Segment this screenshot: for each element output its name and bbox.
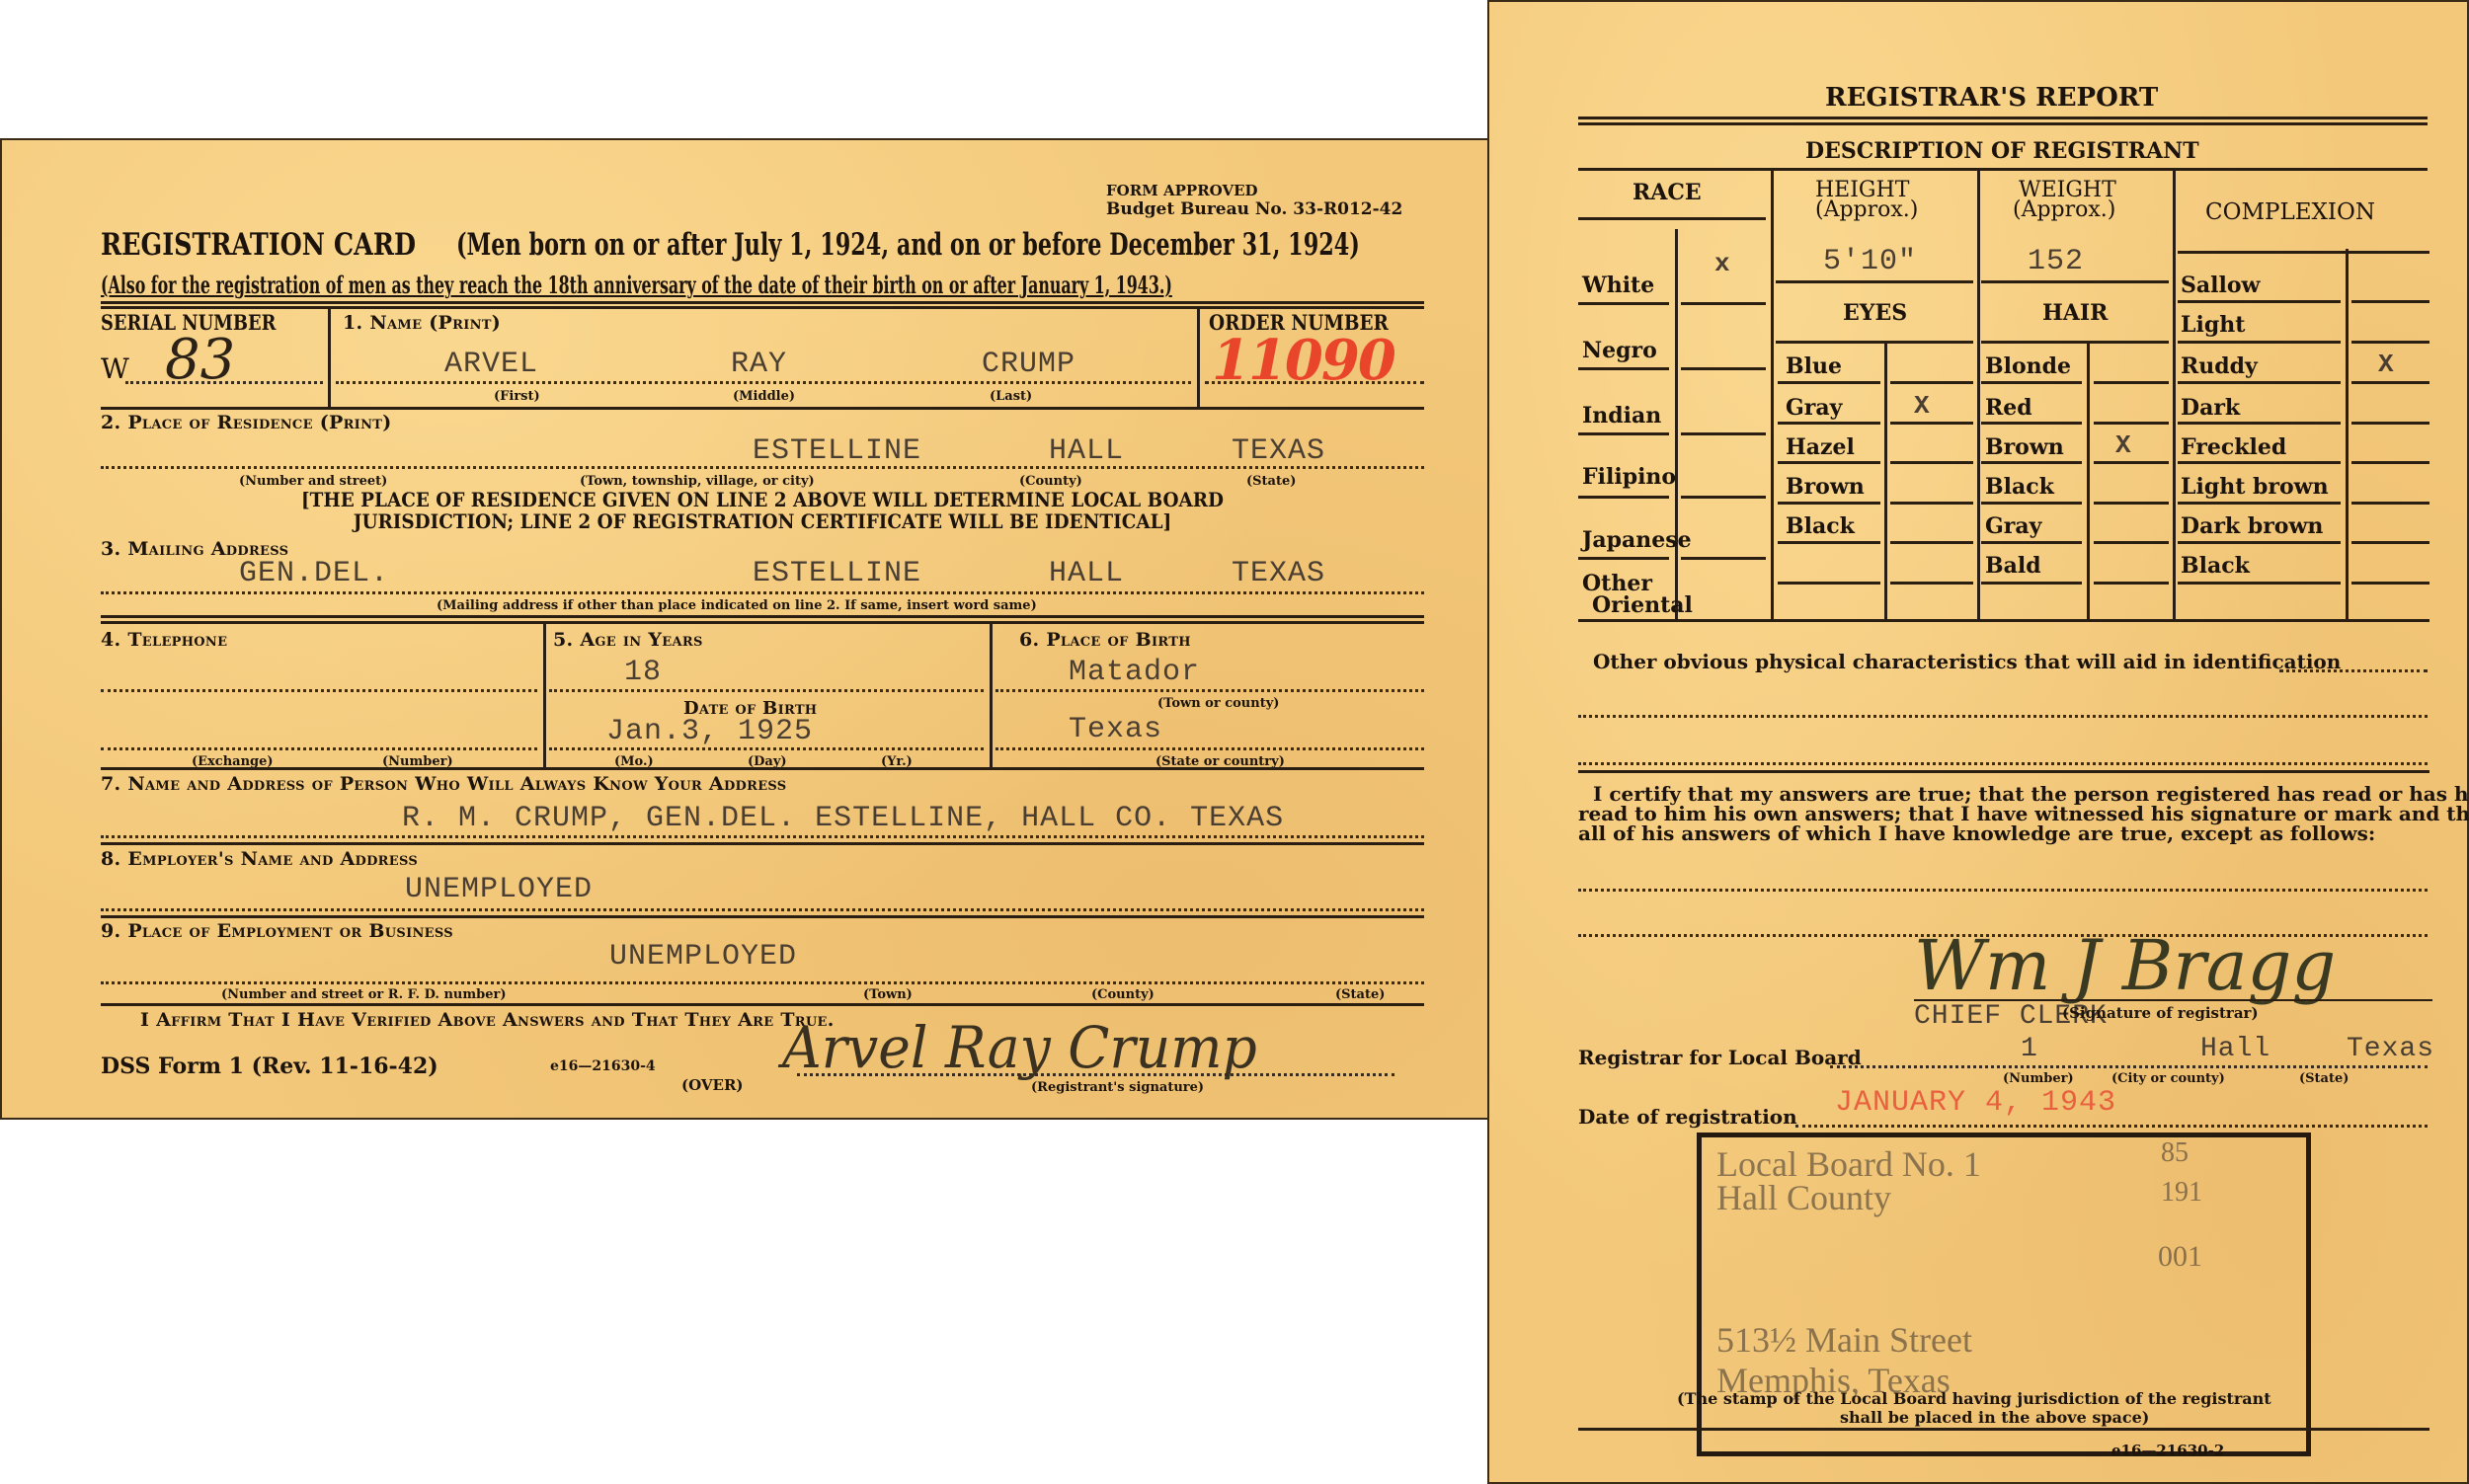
- mailing-town: ESTELLINE: [753, 557, 921, 590]
- registrant-signature: Arvel Ray Crump: [782, 1014, 1257, 1081]
- form-title-range: (Men born on or after July 1, 1924, and …: [456, 227, 1360, 263]
- residence-town: ESTELLINE: [753, 434, 921, 468]
- eyes-hazel: Hazel: [1786, 434, 1855, 460]
- residence-street-caption: (Number and street): [239, 474, 387, 489]
- affirmation-statement: I Affirm That I Have Verified Above Answ…: [140, 1009, 835, 1031]
- registrar-signature-caption: (Signature of registrar): [2062, 1004, 2259, 1022]
- mailing-state: TEXAS: [1232, 557, 1325, 590]
- complexion-dark-brown: Dark brown: [2181, 513, 2323, 539]
- complexion-header: COMPLEXION: [2205, 199, 2375, 225]
- name-first: ARVEL: [444, 348, 538, 381]
- employment-town-caption: (Town): [863, 987, 913, 1002]
- board-number-caption: (Number): [2003, 1071, 2074, 1086]
- registration-card-front: FORM APPROVED Budget Bureau No. 33-R012-…: [0, 138, 1489, 1120]
- complexion-ruddy: Ruddy: [2181, 353, 2258, 379]
- race-filipino: Filipino: [1582, 464, 1676, 490]
- board-number: 1: [2021, 1034, 2038, 1064]
- name-last-caption: (Last): [990, 389, 1032, 404]
- stamp-county: Hall County: [1716, 1177, 1891, 1218]
- telephone-label: 4. Telephone: [101, 629, 227, 651]
- race-white: White: [1582, 273, 1654, 298]
- name-middle: RAY: [731, 348, 787, 381]
- eyes-brown: Brown: [1786, 474, 1865, 500]
- birth-state: Texas: [1069, 713, 1162, 746]
- complexion-black: Black: [2181, 553, 2250, 579]
- weight-approx: (Approx.): [2013, 197, 2115, 222]
- residence-label: 2. Place of Residence (Print): [101, 412, 392, 433]
- race-white-mark[interactable]: x: [1714, 249, 1731, 278]
- residence-note-line1: [THE PLACE OF RESIDENCE GIVEN ON LINE 2 …: [245, 488, 1281, 511]
- registrars-report-title: REGISTRAR'S REPORT: [1825, 83, 2158, 113]
- employer-value: UNEMPLOYED: [405, 873, 593, 906]
- registrar-signature: Wm J Bragg: [1914, 925, 2336, 1006]
- height-value: 5'10": [1823, 245, 1917, 278]
- race-oriental: Oriental: [1592, 592, 1693, 618]
- complexion-ruddy-mark[interactable]: X: [2378, 350, 2395, 379]
- eyes-blue: Blue: [1786, 353, 1842, 379]
- race-indian: Indian: [1582, 403, 1661, 429]
- name-first-caption: (First): [494, 389, 540, 404]
- contact-label: 7. Name and Address of Person Who Will A…: [101, 773, 787, 795]
- board-county-caption: (City or county): [2111, 1071, 2225, 1086]
- back-print-code: e16—21630-2: [2111, 1442, 2224, 1459]
- hair-red: Red: [1985, 395, 2032, 421]
- birthplace-label: 6. Place of Birth: [1019, 629, 1191, 651]
- age-value: 18: [624, 656, 662, 689]
- age-label: 5. Age in Years: [553, 629, 703, 651]
- registration-date: JANUARY 4, 1943: [1835, 1086, 2116, 1120]
- form-subtitle: (Also for the registration of men as the…: [101, 271, 1172, 299]
- hair-blonde: Blonde: [1985, 353, 2071, 379]
- board-county: Hall: [2200, 1034, 2270, 1064]
- budget-bureau-number: Budget Bureau No. 33-R012-42: [1106, 199, 1402, 219]
- employment-street-caption: (Number and street or R. F. D. number): [221, 987, 506, 1002]
- complexion-sallow: Sallow: [2181, 273, 2260, 298]
- eyes-header: EYES: [1843, 300, 1907, 326]
- hair-bald: Bald: [1985, 553, 2041, 579]
- name-middle-caption: (Middle): [733, 389, 795, 404]
- registrars-report-back: REGISTRAR'S REPORT DESCRIPTION OF REGIST…: [1487, 0, 2469, 1484]
- hair-gray: Gray: [1985, 513, 2041, 539]
- birth-town: Matador: [1069, 656, 1200, 689]
- name-label: 1. Name (Print): [343, 312, 501, 334]
- form-title: REGISTRATION CARD: [101, 227, 416, 263]
- residence-note-line2: JURISDICTION; LINE 2 OF REGISTRATION CER…: [245, 509, 1281, 533]
- race-negro: Negro: [1582, 338, 1657, 363]
- stamp-note-line2: shall be placed in the above space): [1840, 1408, 2149, 1427]
- employer-label: 8. Employer's Name and Address: [101, 848, 418, 870]
- board-state-caption: (State): [2299, 1071, 2349, 1086]
- eyes-gray-mark[interactable]: X: [1914, 391, 1931, 421]
- residence-state: TEXAS: [1232, 434, 1325, 468]
- residence-county-caption: (County): [1019, 474, 1082, 489]
- stamp-number-1: 85: [2161, 1137, 2189, 1169]
- birth-town-caption: (Town or county): [1157, 696, 1279, 711]
- residence-town-caption: (Town, township, village, or city): [580, 474, 815, 489]
- registrant-signature-caption: (Registrant's signature): [1031, 1080, 1204, 1095]
- employment-place-value: UNEMPLOYED: [609, 940, 797, 974]
- hair-black: Black: [1985, 474, 2054, 500]
- residence-county: HALL: [1049, 434, 1124, 468]
- hair-header: HAIR: [2042, 300, 2108, 326]
- employment-state-caption: (State): [1335, 987, 1385, 1002]
- stamp-number-2: 191: [2161, 1177, 2202, 1209]
- hair-brown: Brown: [1985, 434, 2064, 460]
- complexion-freckled: Freckled: [2181, 434, 2286, 460]
- mailing-note: (Mailing address if other than place ind…: [437, 598, 1037, 613]
- name-last: CRUMP: [982, 348, 1075, 381]
- employment-place-label: 9. Place of Employment or Business: [101, 920, 453, 942]
- form-id: DSS Form 1 (Rev. 11-16-42): [101, 1054, 438, 1079]
- mailing-county: HALL: [1049, 557, 1124, 590]
- weight-value: 152: [2028, 245, 2084, 278]
- local-board-label: Registrar for Local Board: [1578, 1046, 1862, 1069]
- description-section-title: DESCRIPTION OF REGISTRANT: [1805, 138, 2199, 164]
- employment-county-caption: (County): [1091, 987, 1155, 1002]
- complexion-light: Light: [2181, 312, 2245, 338]
- dob-value: Jan.3, 1925: [606, 715, 813, 748]
- hair-brown-mark[interactable]: X: [2115, 430, 2132, 460]
- race-japanese: Japanese: [1582, 527, 1692, 553]
- other-characteristics-label: Other obvious physical characteristics t…: [1593, 650, 2341, 673]
- height-approx: (Approx.): [1815, 197, 1918, 222]
- complexion-light-brown: Light brown: [2181, 474, 2329, 500]
- eyes-black: Black: [1786, 513, 1855, 539]
- stamp-number-3: 001: [2158, 1240, 2202, 1274]
- complexion-dark: Dark: [2181, 395, 2240, 421]
- over-label: (OVER): [681, 1076, 744, 1094]
- stamp-address-street: 513½ Main Street: [1716, 1319, 1972, 1361]
- contact-value: R. M. CRUMP, GEN.DEL. ESTELLINE, HALL CO…: [402, 802, 1284, 835]
- stamp-note-line1: (The stamp of the Local Board having jur…: [1677, 1389, 2271, 1408]
- eyes-gray: Gray: [1786, 395, 1842, 421]
- race-header: RACE: [1633, 180, 1702, 205]
- form-approved-label: FORM APPROVED: [1106, 182, 1258, 199]
- board-state: Texas: [2347, 1034, 2434, 1064]
- residence-state-caption: (State): [1246, 474, 1296, 489]
- certify-line3: all of his answers of which I have knowl…: [1578, 821, 2375, 845]
- print-code: e16—21630-4: [550, 1058, 656, 1074]
- mailing-street: GEN.DEL.: [239, 557, 389, 590]
- registration-date-label: Date of registration: [1578, 1105, 1797, 1129]
